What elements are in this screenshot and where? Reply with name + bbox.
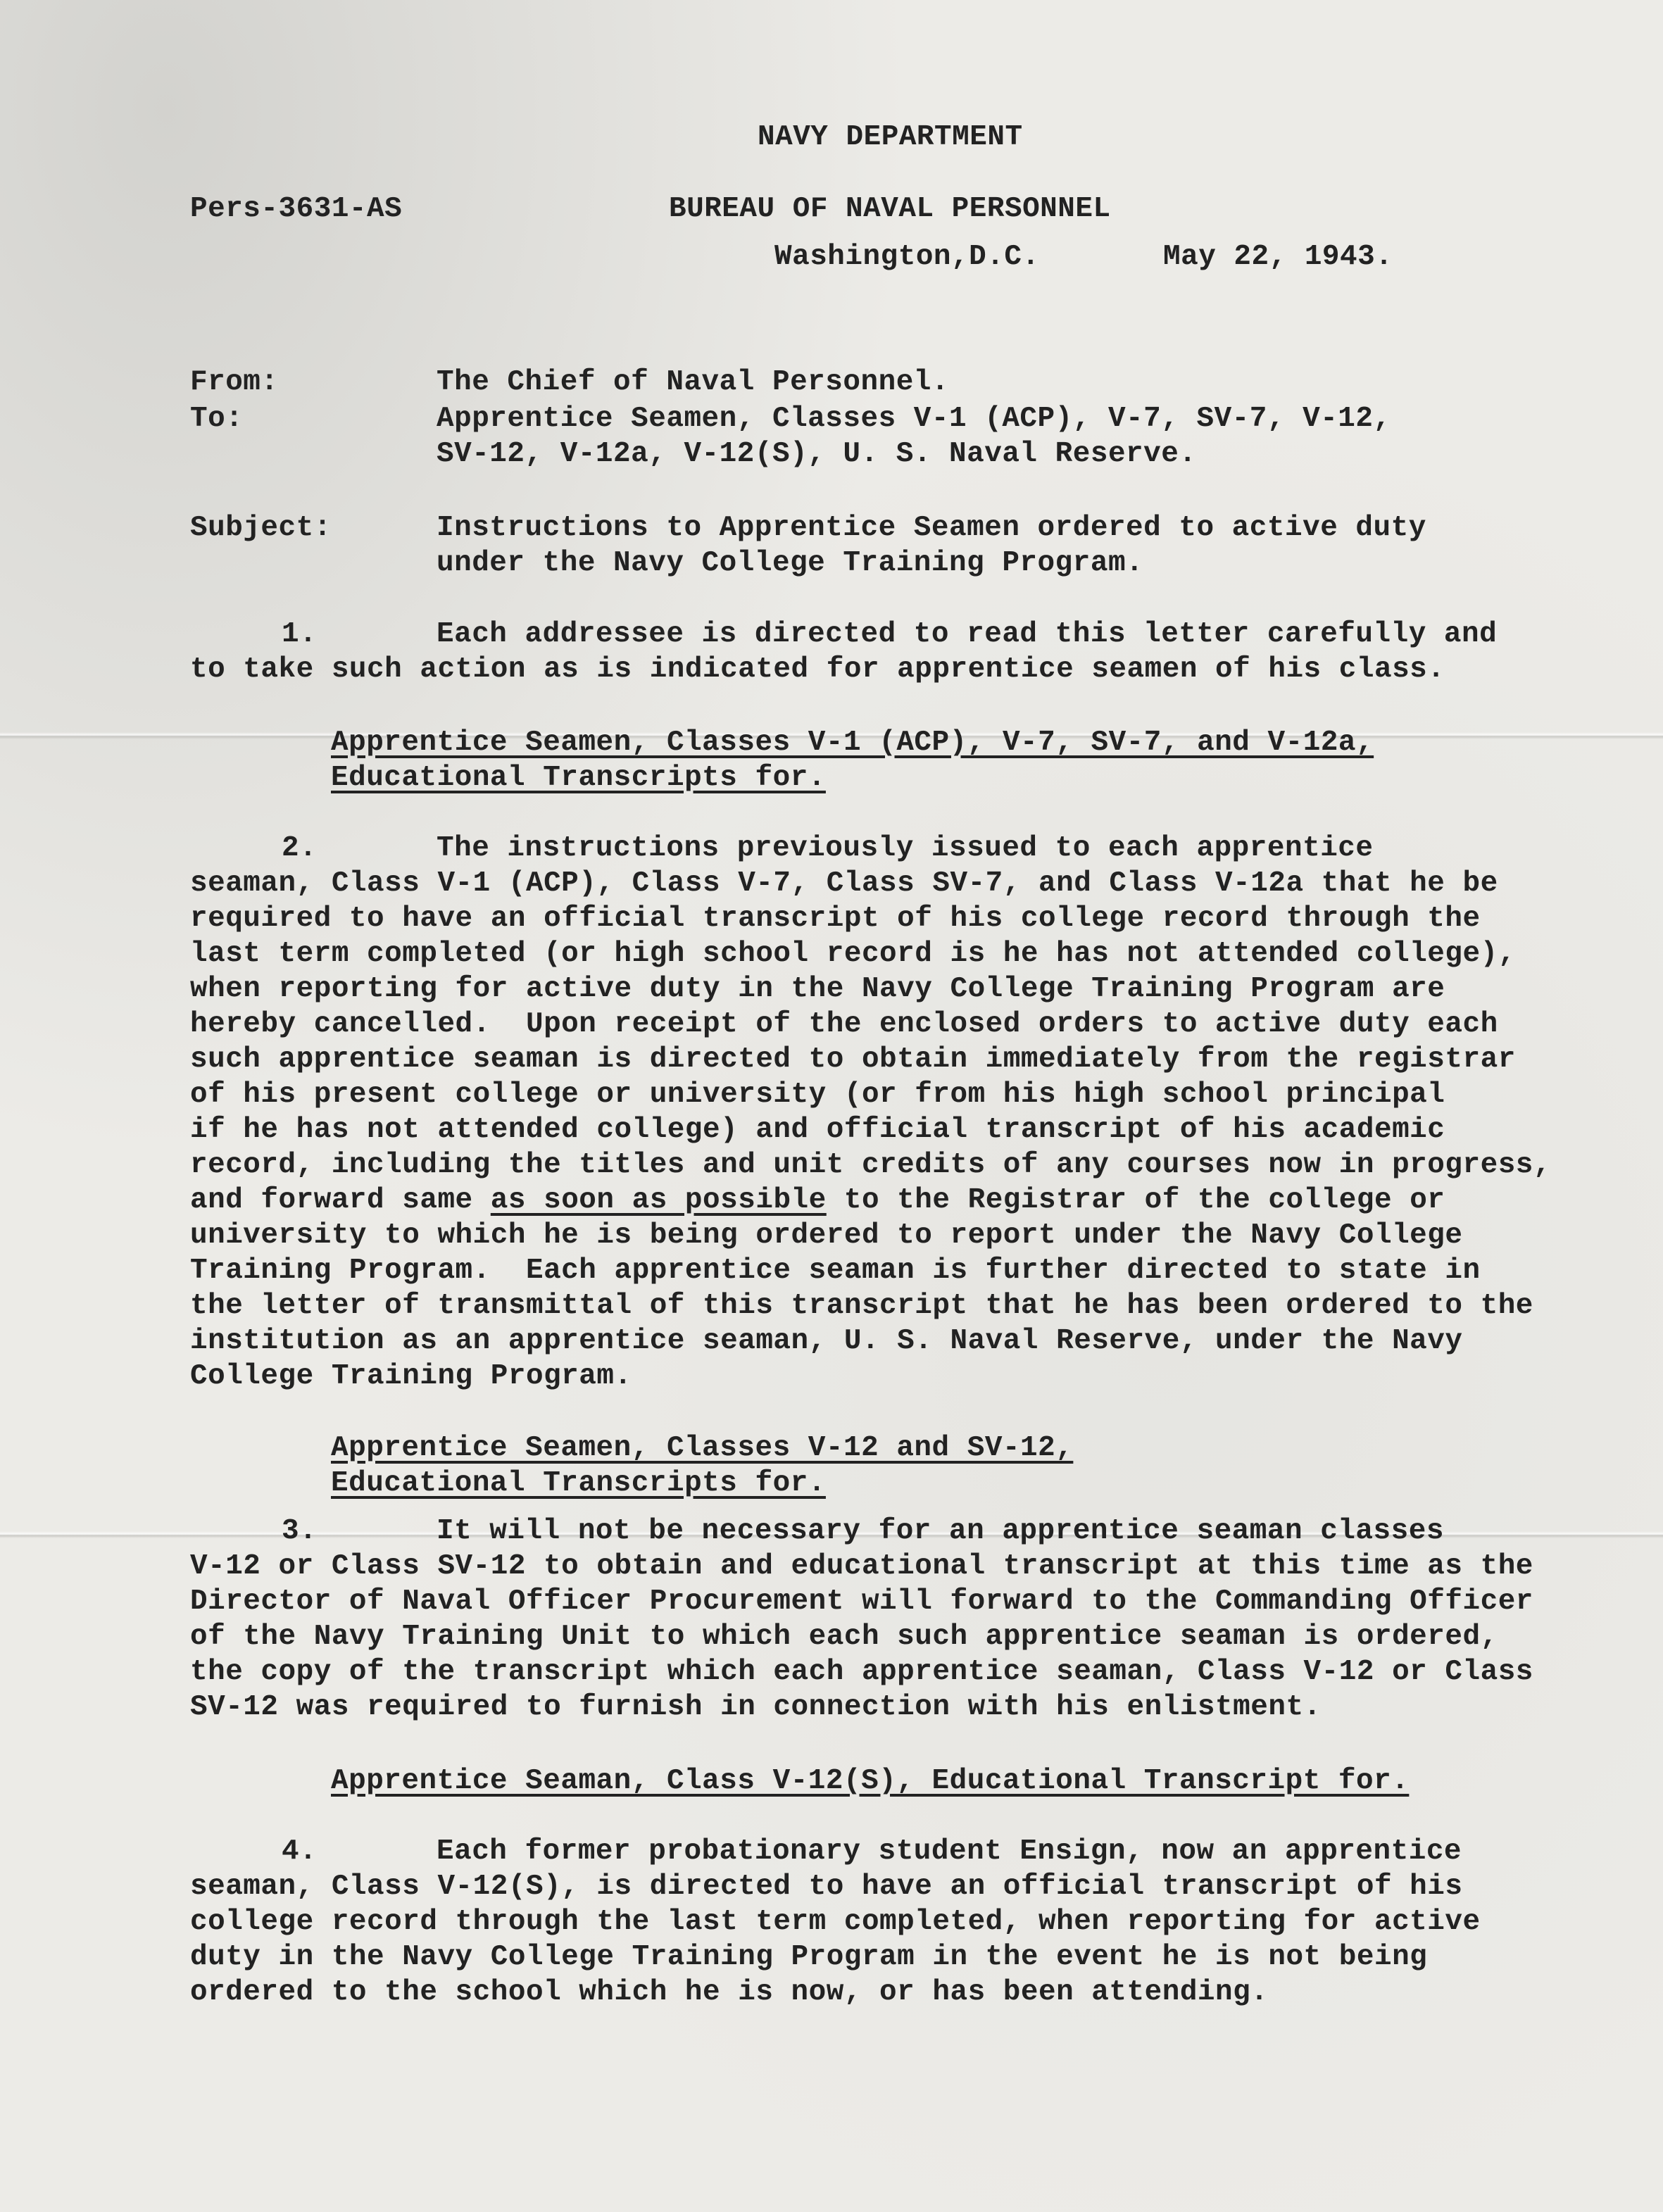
paragraph-number: 4. [282,1834,317,1869]
subject-line: under the Navy College Training Program. [437,546,1143,581]
paragraph-line: College Training Program. [190,1359,632,1394]
to-line: Apprentice Seamen, Classes V-1 (ACP), V-… [437,401,1391,436]
emphasized-text: as soon as possible [491,1184,827,1217]
from-label: From: [190,365,279,400]
paragraph-line: seaman, Class V-12(S), is directed to ha… [190,1869,1463,1904]
paragraph-line: institution as an apprentice seaman, U. … [190,1324,1463,1359]
paragraph-line: record, including the titles and unit cr… [190,1148,1551,1183]
paragraph-line: It will not be necessary for an apprenti… [437,1514,1444,1549]
text-segment: and forward same [190,1184,491,1217]
subject-line: Instructions to Apprentice Seamen ordere… [437,510,1426,546]
paragraph-line: college record through the last term com… [190,1904,1481,1940]
paragraph-line: duty in the Navy College Training Progra… [190,1940,1427,1975]
section-heading: Educational Transcripts for. [331,1466,826,1501]
file-number: Pers-3631-AS [190,191,402,227]
paragraph-line: SV-12 was required to furnish in connect… [190,1690,1322,1725]
department-title: NAVY DEPARTMENT [758,120,1023,155]
paragraph-line: when reporting for active duty in the Na… [190,972,1445,1007]
section-heading: Apprentice Seamen, Classes V-12 and SV-1… [331,1431,1073,1466]
to-line: SV-12, V-12a, V-12(S), U. S. Naval Reser… [437,436,1196,472]
paragraph-line: Director of Naval Officer Procurement wi… [190,1584,1533,1619]
paragraph-line: Each addressee is directed to read this … [437,617,1497,652]
paragraph-line: the letter of transmittal of this transc… [190,1288,1533,1324]
letter-date: May 22, 1943. [1163,239,1393,275]
from-value: The Chief of Naval Personnel. [437,365,949,400]
text-segment: to the Registrar of the college or [827,1184,1445,1217]
paragraph-line: ordered to the school which he is now, o… [190,1975,1268,2010]
paragraph-line: of his present college or university (or… [190,1077,1445,1112]
bureau-title: BUREAU OF NAVAL PERSONNEL [669,191,1111,227]
paragraph-line: hereby cancelled. Upon receipt of the en… [190,1007,1498,1042]
paragraph-line: to take such action as is indicated for … [190,652,1445,687]
paragraph-line: Each former probationary student Ensign,… [437,1834,1462,1869]
paragraph-line: university to which he is being ordered … [190,1218,1463,1253]
paragraph-line: and forward same as soon as possible to … [190,1183,1445,1218]
paragraph-line: if he has not attended college) and offi… [190,1112,1445,1148]
subject-label: Subject: [190,510,332,546]
letter-page: NAVY DEPARTMENT Pers-3631-AS BUREAU OF N… [0,0,1663,2212]
paragraph-number: 2. [282,831,317,866]
paragraph-line: such apprentice seaman is directed to ob… [190,1042,1516,1077]
section-heading: Educational Transcripts for. [331,760,826,796]
paragraph-number: 1. [282,617,317,652]
paragraph-line: V-12 or Class SV-12 to obtain and educat… [190,1549,1533,1584]
paragraph-line: the copy of the transcript which each ap… [190,1654,1533,1690]
paragraph-line: of the Navy Training Unit to which each … [190,1619,1498,1654]
location: Washington,D.C. [774,239,1040,275]
paragraph-line: required to have an official transcript … [190,901,1481,936]
section-heading: Apprentice Seamen, Classes V-1 (ACP), V-… [331,725,1374,760]
paragraph-line: last term completed (or high school reco… [190,936,1516,972]
paragraph-line: The instructions previously issued to ea… [437,831,1374,866]
paragraph-line: seaman, Class V-1 (ACP), Class V-7, Clas… [190,866,1498,901]
section-heading: Apprentice Seaman, Class V-12(S), Educat… [331,1764,1409,1799]
paragraph-line: Training Program. Each apprentice seaman… [190,1253,1481,1288]
paragraph-number: 3. [282,1514,317,1549]
to-label: To: [190,401,243,436]
